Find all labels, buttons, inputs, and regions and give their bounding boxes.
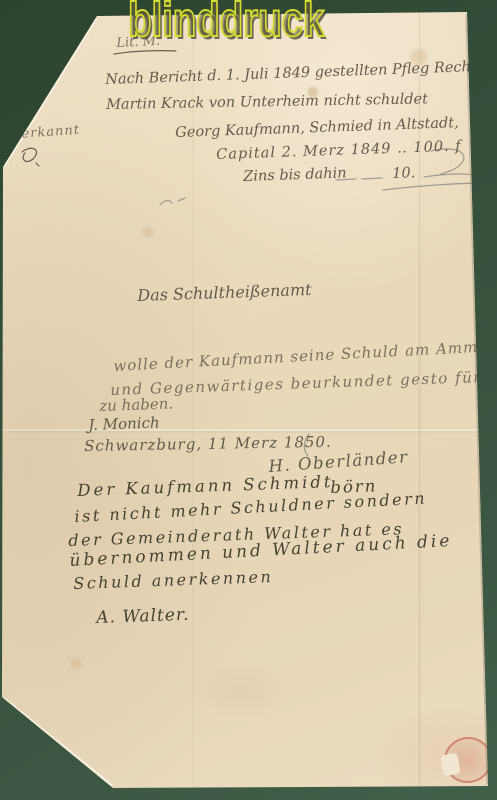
- seal-wafer-patch: [440, 753, 460, 777]
- second-signature: A. Walter.: [96, 605, 190, 628]
- body-line-3: zu haben.: [99, 394, 173, 415]
- interest-amount: 10.: [392, 165, 416, 182]
- document-paper-area: Lit. M. Nach Bericht d. 1. Juli 1849 ges…: [0, 0, 497, 800]
- photo-background: Lit. M. Nach Bericht d. 1. Juli 1849 ges…: [0, 0, 497, 800]
- clerk-signature: J. Monich: [88, 414, 160, 434]
- watermark-text: blinddruck: [128, 0, 324, 48]
